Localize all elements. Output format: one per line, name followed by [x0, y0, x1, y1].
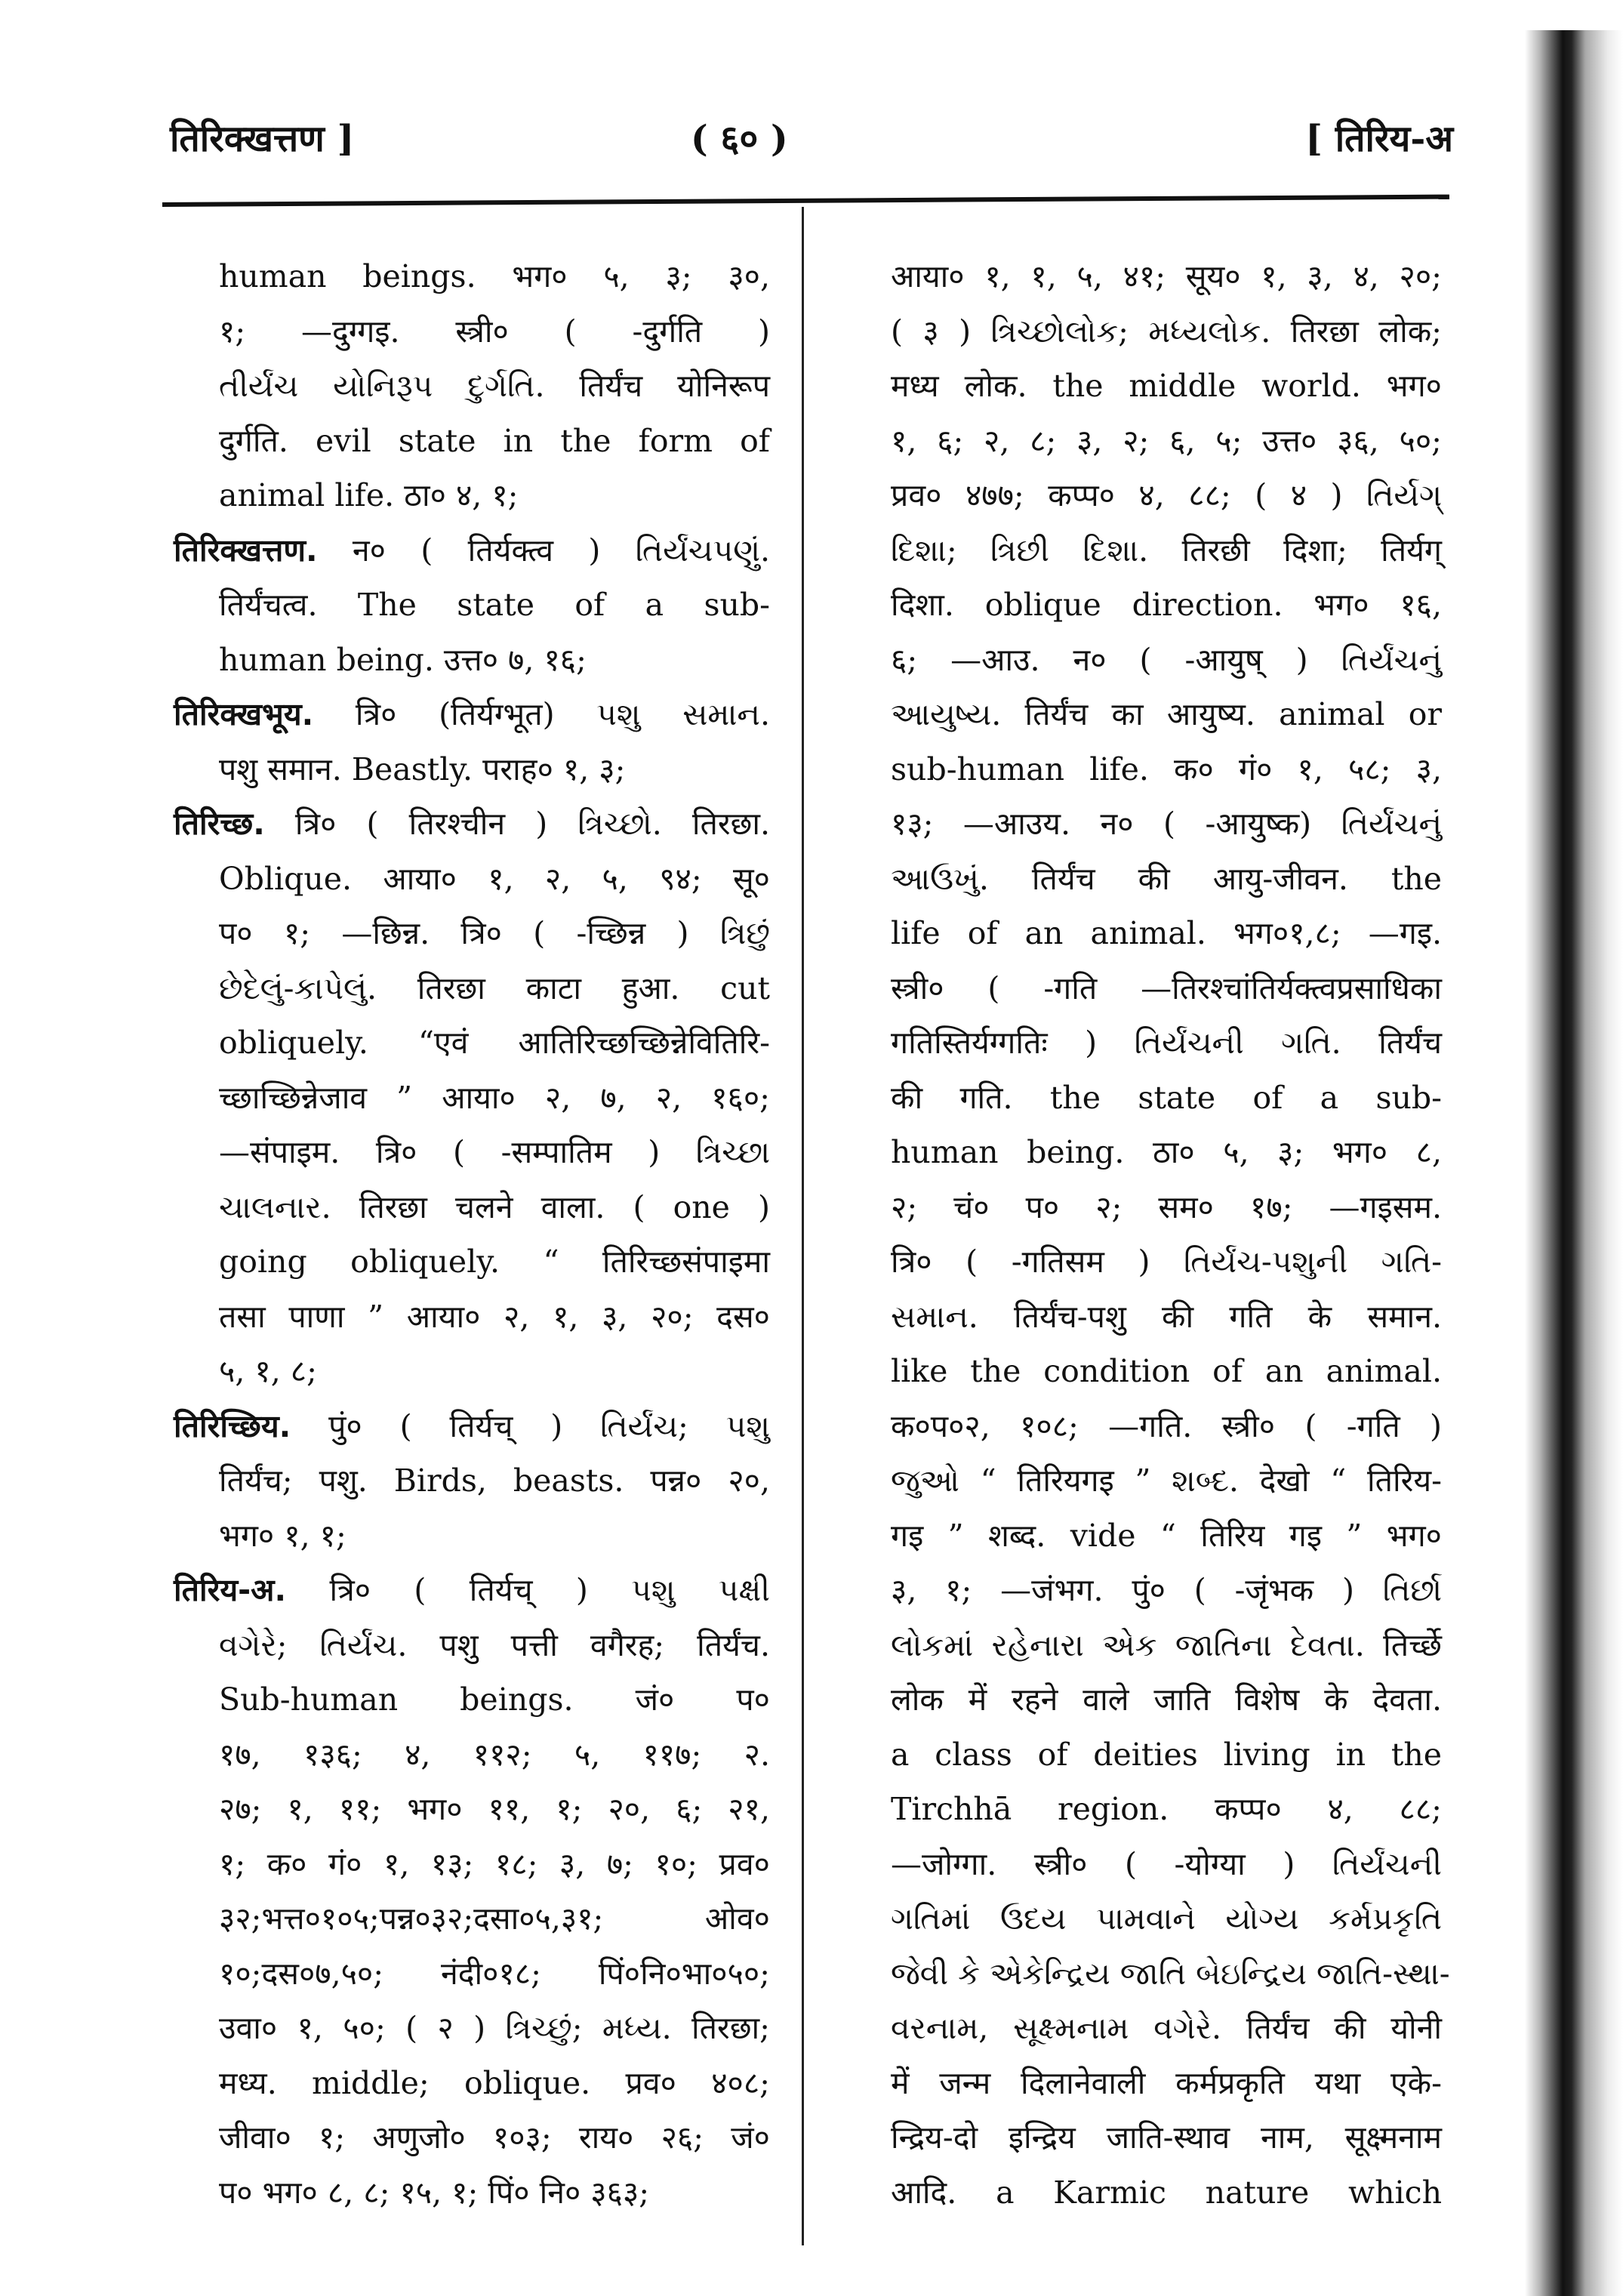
entry-text: આયુષ્ય. तिर्यंच का आयुष्य. animal or: [891, 696, 1442, 732]
dictionary-entry-line: मध्य लोक. the middle world. भग०: [845, 359, 1442, 414]
dictionary-entry-line: तसा पाणा ” आया० २, १, ३, २०; दस०: [174, 1290, 770, 1345]
dictionary-entry-line: like the condition of an animal.: [845, 1344, 1442, 1399]
dictionary-entry-line: આઉખું. तिर्यंच की आयु-जीवन. the: [845, 852, 1442, 907]
dictionary-entry-line: गतिस्तिर्यग्गतिः ) તિર્યંચની ગતિ. तिर्यं…: [845, 1015, 1442, 1071]
dictionary-entry-line: human beings. भग० ५, ३; ३०,: [174, 249, 770, 304]
dictionary-entry-line: આયુષ્ય. तिर्यंच का आयुष्य. animal or: [845, 687, 1442, 742]
entry-text: ચાલનાર. तिरछा चलने वाला. ( one ): [219, 1189, 770, 1225]
entry-text: न० ( तिर्यक्त्व ) તિર્યંચપણું.: [318, 532, 770, 569]
scanned-page-edge: [1525, 30, 1623, 2296]
dictionary-entry-line: १, ६; २, ८; ३, २; ६, ५; उत्त० ३६, ५०;: [845, 414, 1442, 469]
headword: तिरिक्खत्तण.: [174, 532, 318, 569]
dictionary-entry-line: a class of deities living in the: [845, 1727, 1442, 1783]
page-number: ( ६० ): [691, 113, 788, 162]
entry-text: human being. उत्त० ७, १६;: [219, 642, 587, 678]
entry-text: लोक में रहने वाले जाति विशेष के देवता.: [891, 1681, 1442, 1718]
entry-text: human beings. भग० ५, ३; ३०,: [219, 258, 770, 294]
dictionary-entry-line: पशु समान. Beastly. पराह० १, ३;: [174, 742, 770, 797]
entry-text: की गति. the state of a sub-: [891, 1080, 1442, 1116]
entry-text: ३२;भत्त०१०५;पन्न०३२;दसा०५,३१; ओव०: [219, 1900, 770, 1937]
dictionary-entry-line: દિશા; ત્રિછી દિશા. तिरछी दिशा; तिर्यग्: [845, 523, 1442, 578]
dictionary-entry-line: જેવી કે એકેન્દ્રિય જાતિ બેઇન્દ્રિય જાતિ-…: [845, 1946, 1442, 2002]
entry-text: १; क० गं० १, १३; १८; ३, ७; १०; प्रव०: [219, 1846, 770, 1882]
dictionary-entry-line: ( ३ ) ત્રિચ્છોલોક; મધ્યલોક. तिरछा लोक;: [845, 304, 1442, 359]
entry-text: प० १; —छिन्न. त्रि० ( -च्छिन्न ) ત્રિછું: [219, 915, 770, 951]
dictionary-entry-headline: तिरिक्खत्तण. न० ( तिर्यक्त्व ) તિર્યંચપણ…: [174, 523, 770, 578]
dictionary-entry-line: going obliquely. “ तिरिच्छसंपाइमा: [174, 1234, 770, 1290]
entry-text: गइ ” शब्द. vide “ तिरिय गइ ” भग०: [891, 1518, 1442, 1554]
dictionary-entry-line: की गति. the state of a sub-: [845, 1071, 1442, 1126]
dictionary-entry-line: છેદેલું-કાપેલું. तिरछा काटा हुआ. cut: [174, 961, 770, 1016]
entry-text: १७, १३६; ४, ११२; ५, ११७; २.: [219, 1737, 770, 1773]
dictionary-entry-line: प० १; —छिन्न. त्रि० ( -च्छिन्न ) ત્રિછું: [174, 906, 770, 961]
dictionary-entry-line: લોકમાં રહેનારા એક જાતિના દેવતા. तिर्च्छे: [845, 1618, 1442, 1673]
entry-text: a class of deities living in the: [891, 1737, 1442, 1773]
dictionary-entry-headline: तिरिच्छिय. पुं० ( तिर्यच् ) તિર્યંચ; પશુ: [174, 1399, 770, 1454]
entry-text: न्द्रिय-दो इन्द्रिय जाति-स्थाव नाम, सूक्…: [891, 2119, 1442, 2156]
dictionary-entry-line: Tirchhā region. कप्प० ४, ८८;: [845, 1782, 1442, 1837]
dictionary-entry-line: human being. उत्त० ७, १६;: [174, 633, 770, 688]
entry-text: લોકમાં રહેનારા એક જાતિના દેવતા. तिर्च्छे: [891, 1627, 1442, 1663]
dictionary-entry-line: human being. ठा० ५, ३; भग० ८,: [845, 1125, 1442, 1180]
dictionary-entry-line: જુઓ “ तिरियगइ ” શબ્દ. देखो “ तिरिय-: [845, 1453, 1442, 1509]
entry-text: आया० १, १, ५, ४१; सूय० १, ३, ४, २०;: [891, 258, 1442, 294]
entry-text: જુઓ “ तिरियगइ ” શબ્દ. देखो “ तिरिय-: [891, 1462, 1442, 1499]
dictionary-entry-line: ચાલનાર. तिरछा चलने वाला. ( one ): [174, 1180, 770, 1235]
dictionary-entry-line: ३, १; —जंभग. पुं० ( -जृंभक ) તિર્છા: [845, 1563, 1442, 1618]
dictionary-entry-line: १; क० गं० १, १३; १८; ३, ७; १०; प्रव०: [174, 1837, 770, 1892]
dictionary-entry-line: तिर्यंच; पशु. Birds, beasts. पन्न० २०,: [174, 1453, 770, 1509]
dictionary-entry-line: त्रि० ( -गतिसम ) તિર્યંચ-પશુની ગતિ-: [845, 1234, 1442, 1290]
dictionary-entry-line: ગતિમાં ઉદય પામવાને યોગ્ય કર્મપ્રકૃતિ: [845, 1891, 1442, 1946]
dictionary-entry-line: उवा० १, ५०; ( २ ) ત્રિચ્છું; મધ્ય. तिरछा…: [174, 2001, 770, 2056]
dictionary-entry-line: તીર્યંચ યોનિરૂપ દુર્ગતિ. तिर्यंच योनिरूप: [174, 359, 770, 414]
entry-text: Tirchhā region. कप्प० ४, ८८;: [891, 1791, 1442, 1827]
entry-text: ६; —आउ. न० ( -आयुष् ) તિર્યંચનું: [891, 642, 1442, 678]
dictionary-entry-line: ५, १, ८;: [174, 1344, 770, 1399]
entry-text: तसा पाणा ” आया० २, १, ३, २०; दस०: [219, 1299, 770, 1335]
entry-text: —जोग्गा. स्त्री० ( -योग्या ) તિર્યંચની: [891, 1846, 1442, 1882]
entry-text: तिर्यंच; पशु. Birds, beasts. पन्न० २०,: [219, 1462, 770, 1499]
entry-text: —संपाइम. त्रि० ( -सम्पातिम ) ત્રિચ્છા: [219, 1134, 770, 1170]
headword: तिरिय-अ.: [174, 1572, 286, 1608]
entry-text: Sub-human beings. जं० प०: [219, 1681, 770, 1718]
dictionary-entry-line: —संपाइम. त्रि० ( -सम्पातिम ) ત્રિચ્છા: [174, 1125, 770, 1180]
running-header: तिरिक्खत्तण ] ( ६० ) [ तिरिय-अ: [170, 113, 1453, 174]
headword: तिरिच्छिय.: [174, 1408, 291, 1444]
dictionary-entry-line: વગેરે; તિર્યંચ. पशु पत्ती वगैरह; तिर्यंच…: [174, 1618, 770, 1673]
dictionary-entry-line: २; चं० प० २; सम० १७; —गइसम.: [845, 1180, 1442, 1235]
entry-text: जीवा० १; अणुजो० १०३; राय० २६; जं०: [219, 2119, 770, 2156]
left-column: human beings. भग० ५, ३; ३०,१; —दुग्गइ. स…: [174, 249, 770, 2220]
entry-text: च्छाच्छिन्नेजाव ” आया० २, ७, २, १६०;: [219, 1080, 770, 1116]
entry-text: गतिस्तिर्यग्गतिः ) તિર્યંચની ગતિ. तिर्यं…: [891, 1025, 1442, 1061]
dictionary-entry-line: Sub-human beings. जं० प०: [174, 1672, 770, 1727]
entry-text: like the condition of an animal.: [891, 1353, 1442, 1389]
dictionary-entry-line: च्छाच्छिन्नेजाव ” आया० २, ७, २, १६०;: [174, 1071, 770, 1126]
dictionary-entry-line: १७, १३६; ४, ११२; ५, ११७; २.: [174, 1727, 770, 1783]
entry-text: human being. ठा० ५, ३; भग० ८,: [891, 1134, 1442, 1170]
dictionary-entry-line: ३२;भत्त०१०५;पन्न०३२;दसा०५,३१; ओव०: [174, 1891, 770, 1946]
entry-text: સમાન. तिर्यंच-पशु की गति के समान.: [891, 1299, 1442, 1335]
entry-text: છેદેલું-કાપેલું. तिरछा काटा हुआ. cut: [219, 970, 770, 1006]
entry-text: life of an animal. भग०१,८; —गइ.: [891, 915, 1442, 951]
dictionary-entry-line: સમાન. तिर्यंच-पशु की गति के समान.: [845, 1290, 1442, 1345]
dictionary-entry-line: जीवा० १; अणुजो० १०३; राय० २६; जं०: [174, 2110, 770, 2165]
dictionary-entry-line: life of an animal. भग०१,८; —गइ.: [845, 906, 1442, 961]
dictionary-entry-line: obliquely. “एवं आतिरिच्छच्छिन्नेवितिरि-: [174, 1015, 770, 1071]
column-divider: [802, 207, 804, 2245]
entry-text: स्त्री० ( -गति —तिरश्चांतिर्यक्त्वप्रसाध…: [891, 970, 1442, 1006]
entry-text: animal life. ठा० ४, १;: [219, 477, 518, 513]
entry-text: આઉખું. तिर्यंच की आयु-जीवन. the: [891, 861, 1442, 897]
dictionary-entry-line: भग० १, १;: [174, 1509, 770, 1564]
dictionary-entry-line: sub-human life. क० गं० १, ५८; ३,: [845, 742, 1442, 797]
entry-text: ५, १, ८;: [219, 1353, 317, 1389]
dictionary-entry-line: —जोग्गा. स्त्री० ( -योग्या ) તિર્યંચની: [845, 1837, 1442, 1892]
entry-text: दिशा. oblique direction. भग० १६,: [891, 587, 1442, 623]
dictionary-entry-line: animal life. ठा० ४, १;: [174, 468, 770, 523]
headword: तिरिक्खभूय.: [174, 696, 313, 732]
right-guide-word: [ तिरिय-अ: [1305, 113, 1453, 162]
dictionary-entry-line: तिर्यंचत्व. The state of a sub-: [174, 578, 770, 633]
dictionary-entry-line: स्त्री० ( -गति —तिरश्चांतिर्यक्त्वप्रसाध…: [845, 961, 1442, 1016]
entry-text: going obliquely. “ तिरिच्छसंपाइमा: [219, 1244, 770, 1280]
entry-text: २; चं० प० २; सम० १७; —गइसम.: [891, 1189, 1442, 1225]
dictionary-entry-line: Oblique. आया० १, २, ५, ९४; सू०: [174, 852, 770, 907]
entry-text: ( ३ ) ત્રિચ્છોલોક; મધ્યલોક. तिरछा लोक;: [891, 313, 1442, 350]
entry-text: ગતિમાં ઉદય પામવાને યોગ્ય કર્મપ્રકૃતિ: [891, 1900, 1442, 1937]
right-column: आया० १, १, ५, ४१; सूय० १, ३, ४, २०;( ३ )…: [845, 249, 1442, 2220]
headword: तिरिच्छ.: [174, 806, 265, 842]
entry-text: मध्य लोक. the middle world. भग०: [891, 368, 1442, 404]
entry-text: त्रि० ( तिरश्चीन ) ત્રિચ્છો. तिरछा.: [265, 806, 770, 842]
entry-text: प० भग० ८, ८; १५, १; पिं० नि० ३६३;: [219, 2174, 649, 2211]
entry-text: ३, १; —जंभग. पुं० ( -जृंभक ) તિર્છા: [891, 1572, 1442, 1608]
dictionary-entry-headline: तिरिच्छ. त्रि० ( तिरश्चीन ) ત્રિચ્છો. ति…: [174, 797, 770, 852]
dictionary-entry-line: दिशा. oblique direction. भग० १६,: [845, 578, 1442, 633]
entry-text: प्रव० ४७७; कप्प० ४, ८८; ( ४ ) તિર્યગ્: [891, 477, 1442, 513]
dictionary-entry-headline: तिरिक्खभूय. त्रि० (तिर्यग्भूत) પશુ સમાન.: [174, 687, 770, 742]
dictionary-entry-line: लोक में रहने वाले जाति विशेष के देवता.: [845, 1672, 1442, 1727]
entry-text: क०प०२, १०८; —गति. स्त्री० ( -गति ): [891, 1408, 1442, 1444]
dictionary-entry-line: आया० १, १, ५, ४१; सूय० १, ३, ४, २०;: [845, 249, 1442, 304]
entry-text: भग० १, १;: [219, 1518, 346, 1554]
entry-text: १३; —आउय. न० ( -आयुष्क) તિર્યંચનું: [891, 806, 1442, 842]
header-rule: [162, 195, 1449, 207]
entry-text: વરનામ, સૂક્ષ્મનામ વગેરે. तिर्यंच की योनी: [891, 2010, 1442, 2046]
dictionary-entry-line: १३; —आउय. न० ( -आयुष्क) તિર્યંચનું: [845, 797, 1442, 852]
entry-text: पुं० ( तिर्यच् ) તિર્યંચ; પશુ: [291, 1408, 770, 1444]
entry-text: त्रि० ( -गतिसम ) તિર્યંચ-પશુની ગતિ-: [891, 1244, 1442, 1280]
entry-text: १; —दुग्गइ. स्त्री० ( -दुर्गति ): [219, 313, 770, 350]
dictionary-entry-line: मध्य. middle; oblique. प्रव० ४०८;: [174, 2056, 770, 2111]
entry-text: दुर्गति. evil state in the form of: [219, 423, 770, 459]
dictionary-entry-line: १; —दुग्गइ. स्त्री० ( -दुर्गति ): [174, 304, 770, 359]
entry-text: १०;दस०७,५०; नंदी०१८; पिं०नि०भा०५०;: [219, 1955, 770, 1992]
entry-text: Oblique. आया० १, २, ५, ९४; सू०: [219, 861, 770, 897]
dictionary-entry-line: વરનામ, સૂક્ષ્મનામ વગેરે. तिर्यंच की योनी: [845, 2001, 1442, 2056]
dictionary-entry-line: प्रव० ४७७; कप्प० ४, ८८; ( ४ ) તિર્યગ્: [845, 468, 1442, 523]
entry-text: पशु समान. Beastly. पराह० १, ३;: [219, 751, 625, 787]
entry-text: જેવી કે એકેન્દ્રિય જાતિ બેઇન્દ્રિય જાતિ-…: [891, 1955, 1450, 1992]
dictionary-entry-headline: तिरिय-अ. त्रि० ( तिर्यच् ) પશુ પક્ષી: [174, 1563, 770, 1618]
dictionary-entry-line: आदि. a Karmic nature which: [845, 2165, 1442, 2220]
entry-text: વગેરે; તિર્યંચ. पशु पत्ती वगैरह; तिर्यंच…: [219, 1627, 770, 1663]
entry-text: मध्य. middle; oblique. प्रव० ४०८;: [219, 2065, 770, 2101]
dictionary-entry-line: गइ ” शब्द. vide “ तिरिय गइ ” भग०: [845, 1509, 1442, 1564]
entry-text: sub-human life. क० गं० १, ५८; ३,: [891, 751, 1442, 787]
dictionary-entry-line: न्द्रिय-दो इन्द्रिय जाति-स्थाव नाम, सूक्…: [845, 2110, 1442, 2165]
left-guide-word: तिरिक्खत्तण ]: [170, 113, 354, 162]
entry-text: દિશા; ત્રિછી દિશા. तिरछी दिशा; तिर्यग्: [891, 532, 1442, 569]
dictionary-entry-line: १०;दस०७,५०; नंदी०१८; पिं०नि०भा०५०;: [174, 1946, 770, 2002]
dictionary-entry-line: क०प०२, १०८; —गति. स्त्री० ( -गति ): [845, 1399, 1442, 1454]
entry-text: त्रि० (तिर्यग्भूत) પશુ સમાન.: [313, 696, 770, 732]
entry-text: आदि. a Karmic nature which: [891, 2174, 1442, 2211]
dictionary-entry-line: ६; —आउ. न० ( -आयुष् ) તિર્યંચનું: [845, 633, 1442, 688]
dictionary-entry-line: २७; १, ११; भग० ११, १; २०, ६; २१,: [174, 1782, 770, 1837]
dictionary-entry-line: में जन्म दिलानेवाली कर्मप्रकृति यथा एके-: [845, 2056, 1442, 2111]
entry-text: त्रि० ( तिर्यच् ) પશુ પક્ષી: [286, 1572, 770, 1608]
entry-text: १, ६; २, ८; ३, २; ६, ५; उत्त० ३६, ५०;: [891, 423, 1442, 459]
entry-text: obliquely. “एवं आतिरिच्छच्छिन्नेवितिरि-: [219, 1025, 770, 1061]
dictionary-entry-line: दुर्गति. evil state in the form of: [174, 414, 770, 469]
entry-text: २७; १, ११; भग० ११, १; २०, ६; २१,: [219, 1791, 770, 1827]
entry-text: में जन्म दिलानेवाली कर्मप्रकृति यथा एके-: [891, 2065, 1442, 2101]
entry-text: तिर्यंचत्व. The state of a sub-: [219, 587, 770, 623]
dictionary-entry-line: प० भग० ८, ८; १५, १; पिं० नि० ३६३;: [174, 2165, 770, 2220]
entry-text: उवा० १, ५०; ( २ ) ત્રિચ્છું; મધ્ય. तिरछा…: [219, 2010, 770, 2046]
entry-text: તીર્યંચ યોનિરૂપ દુર્ગતિ. तिर्यंच योनिरूप: [219, 368, 770, 404]
